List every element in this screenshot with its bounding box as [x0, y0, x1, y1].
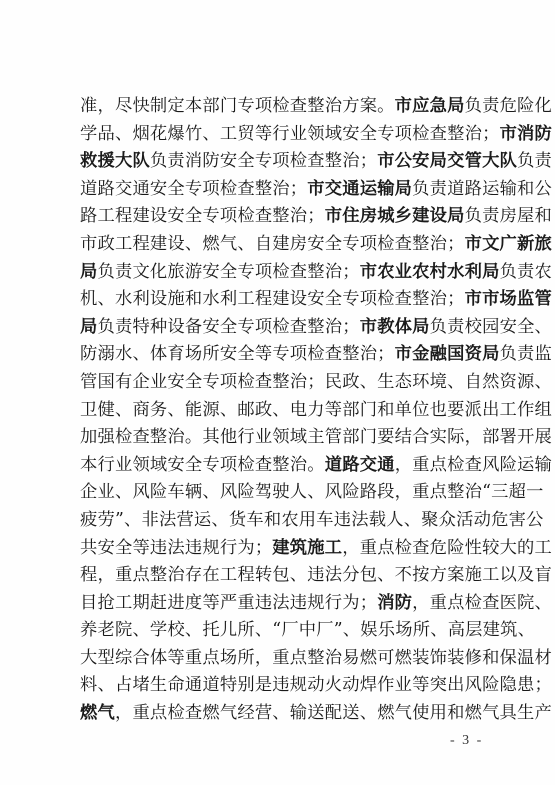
bold-text-segment: 市市场监管	[465, 289, 552, 309]
text-line: 卫健、商务、能源、邮政、电力等部门和单位也要派出工作组	[80, 397, 500, 425]
text-line: 本行业领域安全专项检查整治。道路交通，重点检查风险运输	[80, 452, 500, 480]
bold-text-segment: 市金融国资局	[395, 344, 500, 364]
text-segment: 企业、风险车辆、风险驾驶人、风险路段，重点整治“三超一	[80, 482, 544, 502]
bold-text-segment: 建筑施工	[272, 538, 342, 558]
page-number: - 3 -	[450, 733, 483, 749]
text-segment: 负责房屋和	[465, 206, 552, 226]
text-line: 局负责特种设备安全专项检查整治；市教体局负责校园安全、	[80, 314, 500, 342]
bold-text-segment: 市应急局	[395, 96, 465, 116]
text-segment: 疲劳”、非法营运、货车和农用车违法载人、聚众活动危害公	[80, 510, 544, 530]
bold-text-segment: 消防	[377, 593, 412, 613]
bold-text-segment: 燃气	[80, 703, 115, 723]
text-segment: 共安全等违法违规行为；	[80, 538, 272, 558]
text-segment: 负责监	[500, 344, 552, 364]
bold-text-segment: 道路交通	[325, 455, 395, 475]
text-segment: 管国有企业安全专项检查整治；民政、生态环境、自然资源、	[80, 372, 552, 392]
text-line: 共安全等违法违规行为；建筑施工，重点检查危险性较大的工	[80, 535, 500, 563]
bold-text-segment: 市消防	[500, 124, 552, 144]
text-segment: 道路交通安全专项检查整治；	[80, 179, 307, 199]
body-text: 准，尽快制定本部门专项检查整治方案。市应急局负责危险化学品、烟花爆竹、工贸等行业…	[80, 93, 500, 728]
bold-text-segment: 市公安局交管大队	[377, 151, 517, 171]
text-line: 防溺水、体育场所安全等专项检查整治；市金融国资局负责监	[80, 341, 500, 369]
text-segment: 学品、烟花爆竹、工贸等行业领域安全专项检查整治；	[80, 124, 500, 144]
text-segment: 负责特种设备安全专项检查整治；	[97, 317, 359, 337]
text-line: 机、水利设施和水利工程建设安全专项检查整治；市市场监管	[80, 286, 500, 314]
bold-text-segment: 市文广新旅	[465, 234, 552, 254]
bold-text-segment: 市教体局	[360, 317, 430, 337]
text-segment: 防溺水、体育场所安全等专项检查整治；	[80, 344, 395, 364]
bold-text-segment: 市交通运输局	[307, 179, 412, 199]
document-page: 准，尽快制定本部门专项检查整治方案。市应急局负责危险化学品、烟花爆竹、工贸等行业…	[0, 0, 555, 785]
text-line: 局负责文化旅游安全专项检查整治；市农业农村水利局负责农	[80, 259, 500, 287]
text-line: 市政工程建设、燃气、自建房安全专项检查整治；市文广新旅	[80, 231, 500, 259]
text-line: 养老院、学校、托儿所、“厂中厂”、娱乐场所、高层建筑、	[80, 617, 500, 645]
text-line: 企业、风险车辆、风险驾驶人、风险路段，重点整治“三超一	[80, 479, 500, 507]
text-segment: 料、占堵生命通道特别是违规动火动焊作业等突出风险隐患；	[80, 675, 552, 695]
bold-text-segment: 局	[80, 317, 97, 337]
bold-text-segment: 局	[80, 262, 97, 282]
text-segment: ，重点检查风险运输	[395, 455, 552, 475]
text-segment: ，重点检查医院、	[412, 593, 552, 613]
text-segment: 准，尽快制定本部门专项检查整治方案。	[80, 96, 395, 116]
text-segment: 卫健、商务、能源、邮政、电力等部门和单位也要派出工作组	[80, 400, 552, 420]
text-segment: 本行业领域安全专项检查整治。	[80, 455, 325, 475]
bold-text-segment: 市农业农村水利局	[360, 262, 500, 282]
text-segment: 负责消防安全专项检查整治；	[150, 151, 377, 171]
text-segment: ，重点检查危险性较大的工	[342, 538, 552, 558]
text-segment: 程，重点整治存在工程转包、违法分包、不按方案施工以及盲	[80, 565, 552, 585]
text-segment: ，重点检查燃气经营、输送配送、燃气使用和燃气具生产	[115, 703, 552, 723]
text-segment: 养老院、学校、托儿所、“厂中厂”、娱乐场所、高层建筑、	[80, 620, 535, 640]
text-line: 目抢工期赶进度等严重违法违规行为；消防，重点检查医院、	[80, 590, 500, 618]
text-line: 疲劳”、非法营运、货车和农用车违法载人、聚众活动危害公	[80, 507, 500, 535]
text-segment: 负责	[517, 151, 552, 171]
bold-text-segment: 市住房城乡建设局	[325, 206, 465, 226]
text-line: 燃气，重点检查燃气经营、输送配送、燃气使用和燃气具生产	[80, 700, 500, 728]
text-line: 程，重点整治存在工程转包、违法分包、不按方案施工以及盲	[80, 562, 500, 590]
text-segment: 目抢工期赶进度等严重违法违规行为；	[80, 593, 377, 613]
text-line: 救援大队负责消防安全专项检查整治；市公安局交管大队负责	[80, 148, 500, 176]
text-line: 加强检查整治。其他行业领域主管部门要结合实际，部署开展	[80, 424, 500, 452]
text-segment: 负责农	[500, 262, 552, 282]
text-line: 料、占堵生命通道特别是违规动火动焊作业等突出风险隐患；	[80, 672, 500, 700]
bold-text-segment: 救援大队	[80, 151, 150, 171]
text-segment: 负责危险化	[465, 96, 552, 116]
text-segment: 负责校园安全、	[430, 317, 552, 337]
text-segment: 大型综合体等重点场所，重点整治易燃可燃装饰装修和保温材	[80, 648, 552, 668]
text-line: 路工程建设安全专项检查整治；市住房城乡建设局负责房屋和	[80, 203, 500, 231]
text-line: 学品、烟花爆竹、工贸等行业领域安全专项检查整治；市消防	[80, 121, 500, 149]
text-segment: 负责文化旅游安全专项检查整治；	[97, 262, 359, 282]
text-line: 道路交通安全专项检查整治；市交通运输局负责道路运输和公	[80, 176, 500, 204]
text-segment: 加强检查整治。其他行业领域主管部门要结合实际，部署开展	[80, 427, 552, 447]
text-line: 大型综合体等重点场所，重点整治易燃可燃装饰装修和保温材	[80, 645, 500, 673]
text-line: 准，尽快制定本部门专项检查整治方案。市应急局负责危险化	[80, 93, 500, 121]
text-segment: 路工程建设安全专项检查整治；	[80, 206, 325, 226]
text-segment: 负责道路运输和公	[412, 179, 552, 199]
text-line: 管国有企业安全专项检查整治；民政、生态环境、自然资源、	[80, 369, 500, 397]
text-segment: 机、水利设施和水利工程建设安全专项检查整治；	[80, 289, 465, 309]
text-segment: 市政工程建设、燃气、自建房安全专项检查整治；	[80, 234, 465, 254]
